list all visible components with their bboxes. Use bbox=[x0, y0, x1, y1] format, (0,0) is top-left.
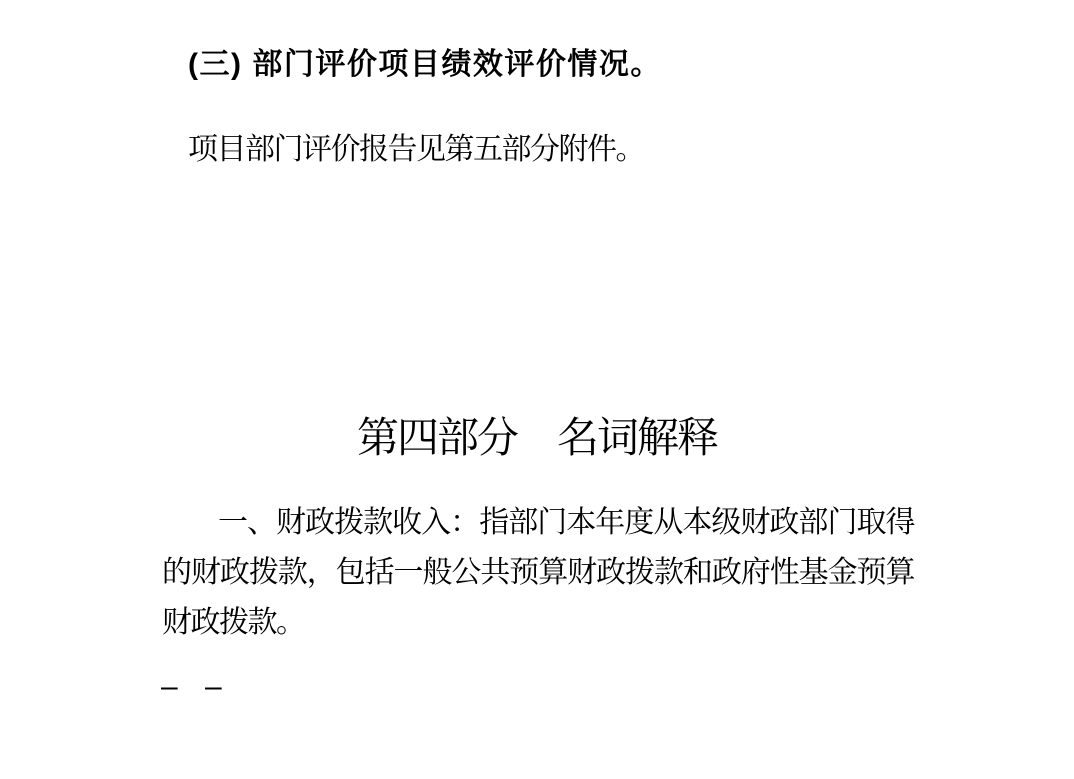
report-reference-paragraph: 项目部门评价报告见第五部分附件。 bbox=[188, 132, 644, 168]
definition-line-3: 财政拨款。 bbox=[162, 598, 914, 648]
definition-line-1: 一、财政拨款收入：指部门本年度从本级财政部门取得 bbox=[218, 498, 914, 548]
section-heading: (三) 部门评价项目绩效评价情况。 bbox=[188, 47, 662, 83]
definition-line-2: 的财政拨款，包括一般公共预算财政拨款和政府性基金预算 bbox=[162, 548, 914, 598]
part-title: 第四部分 名词解释 bbox=[0, 414, 1074, 462]
definition-paragraph: 一、财政拨款收入：指部门本年度从本级财政部门取得 的财政拨款，包括一般公共预算财… bbox=[162, 498, 914, 648]
document-page: (三) 部门评价项目绩效评价情况。 项目部门评价报告见第五部分附件。 第四部分 … bbox=[0, 0, 1074, 779]
page-footer-marks: – – bbox=[161, 672, 222, 702]
